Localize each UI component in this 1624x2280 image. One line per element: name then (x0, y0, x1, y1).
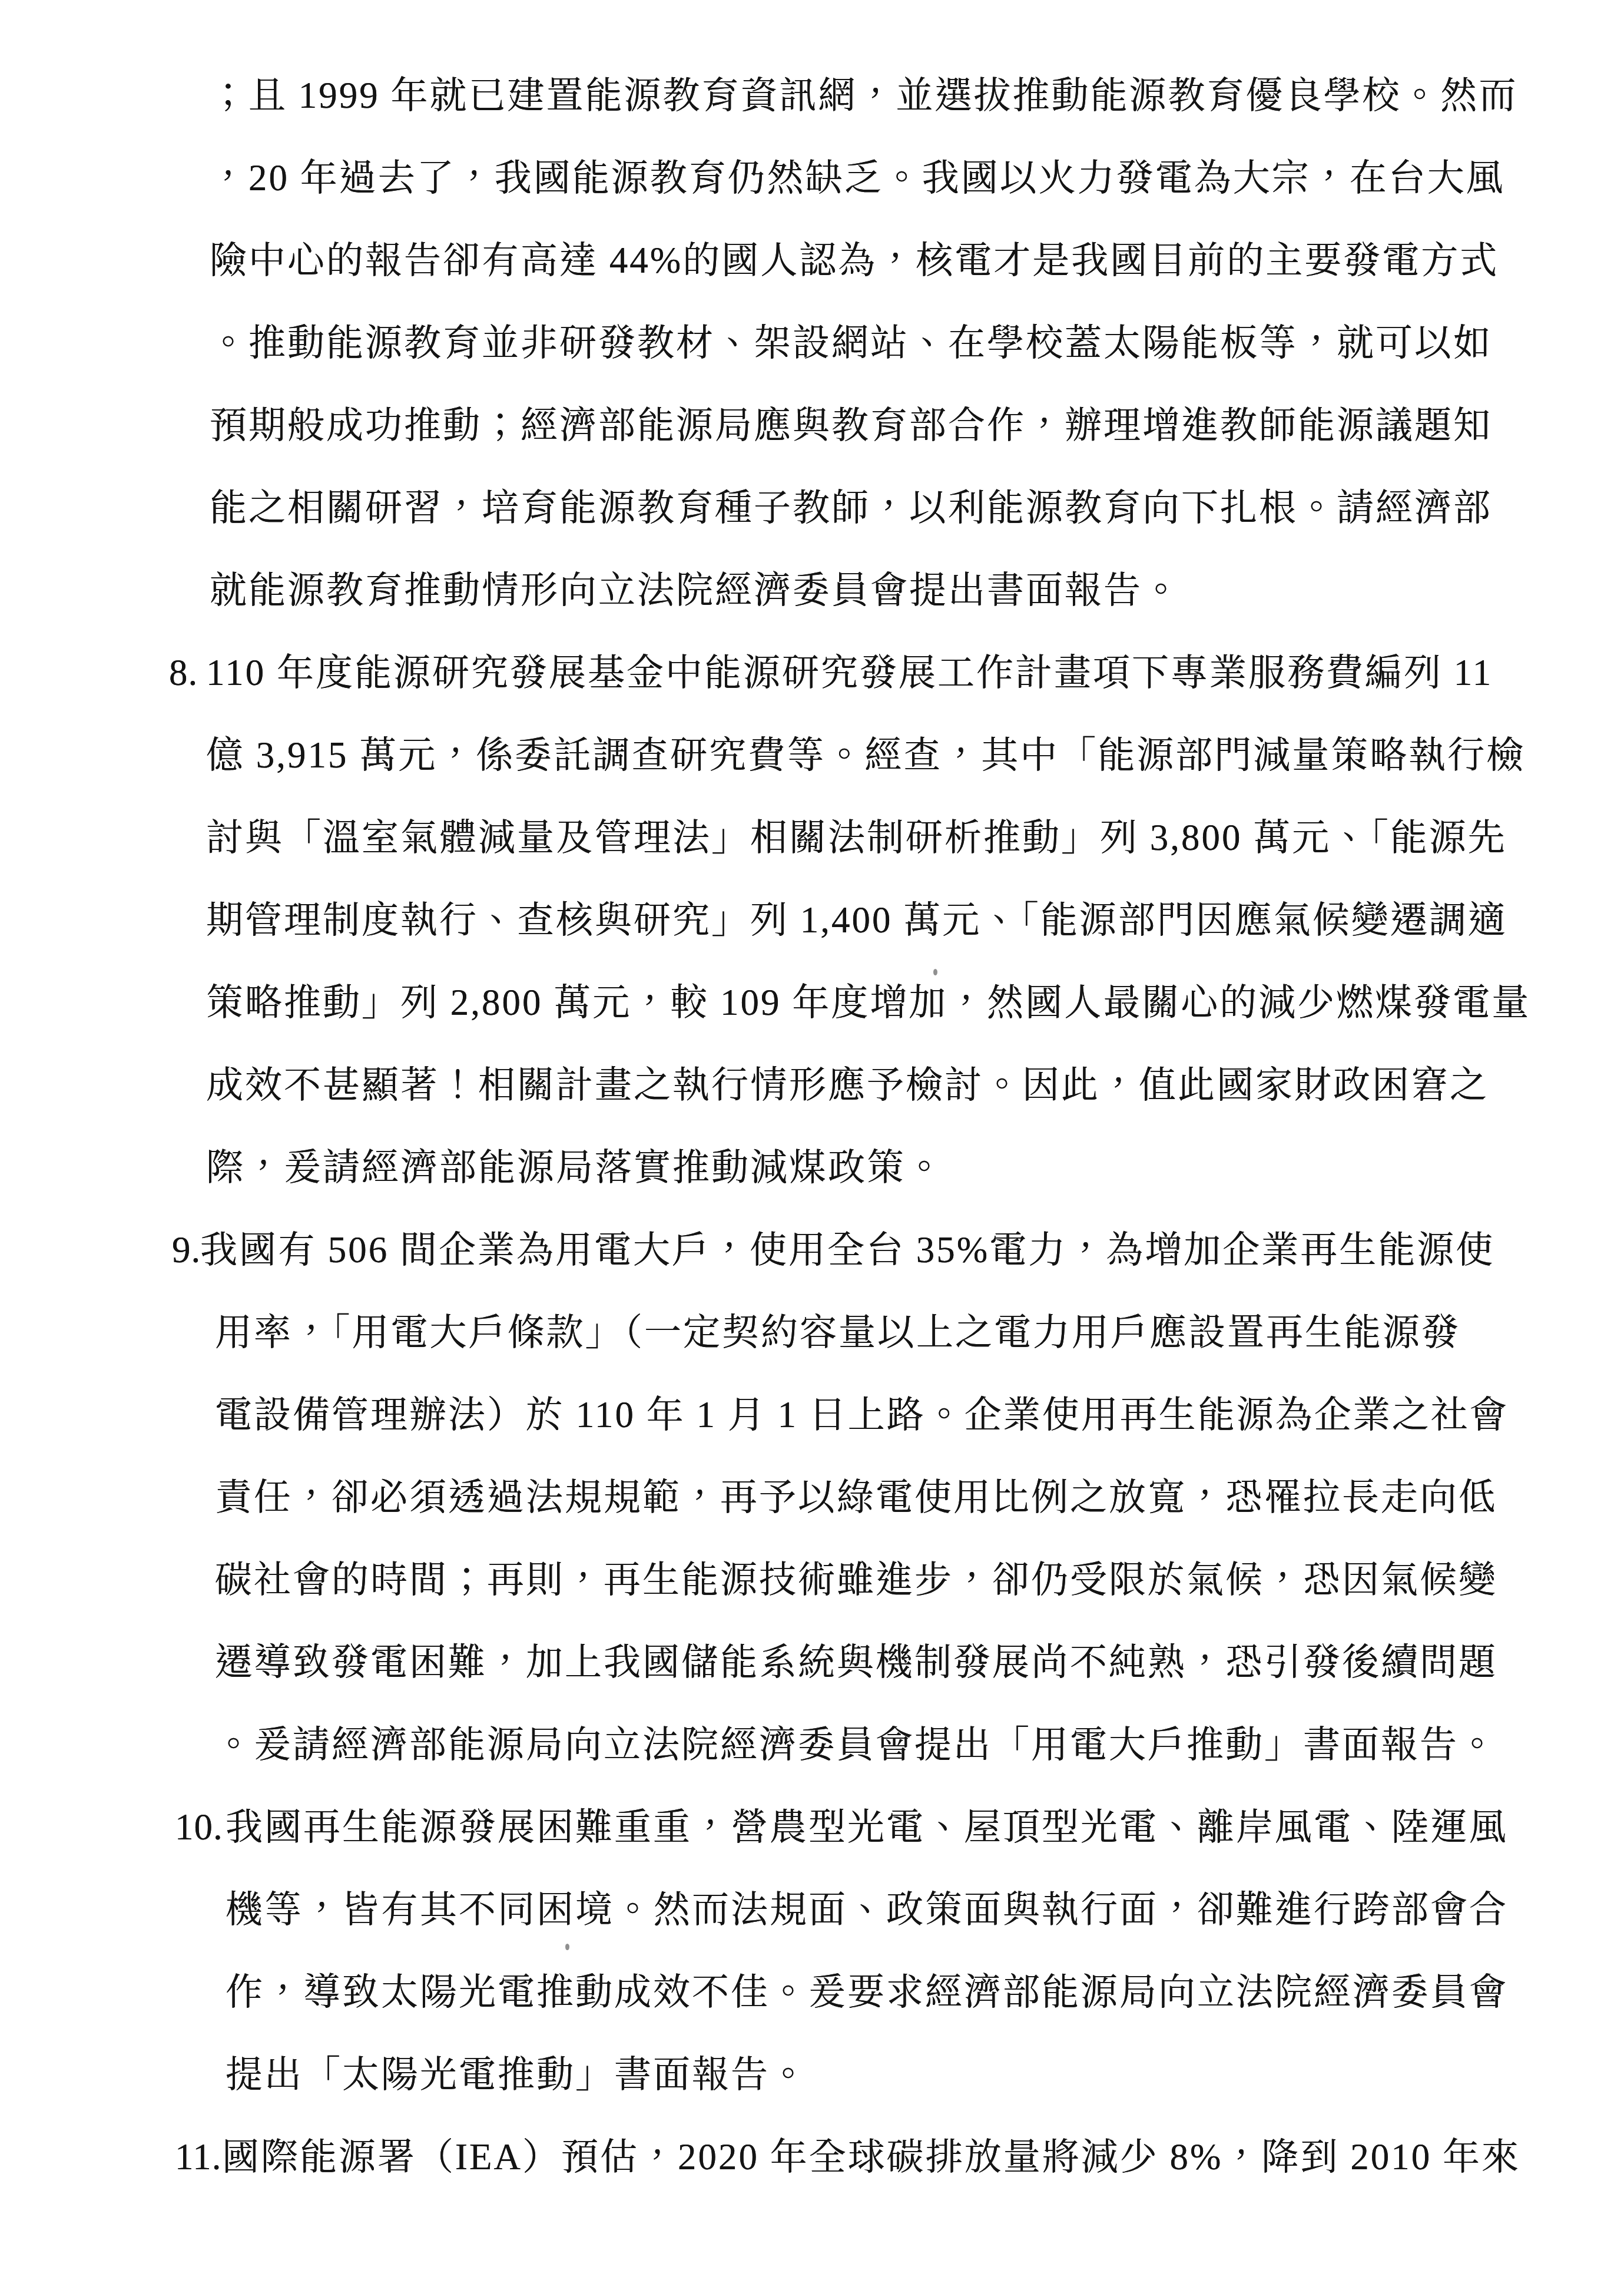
text-line: 億 3,915 萬元，係委託調查研究費等。經查，其中「能源部門減量策略執行檢 (0, 714, 1624, 796)
line-text: 用率，「用電大戶條款」（一定契約容量以上之電力用戶應設置再生能源發 (215, 1291, 1460, 1374)
text-line: 8.110 年度能源研究發展基金中能源研究發展工作計畫項下專業服務費編列 11 (0, 631, 1624, 714)
text-line: 討與「溫室氣體減量及管理法」相關法制研析推動」列 3,800 萬元、「能源先 (0, 796, 1624, 879)
text-line: 能之相關研習，培育能源教育種子教師，以利能源教育向下扎根。請經濟部 (0, 466, 1624, 549)
text-line: 11.國際能源署（IEA）預估，2020 年全球碳排放量將減少 8%，降到 20… (0, 2116, 1624, 2198)
text-line: 預期般成功推動；經濟部能源局應與教育部合作，辦理增進教師能源議題知 (0, 384, 1624, 466)
line-text: 提出「太陽光電推動」書面報告。 (226, 2033, 808, 2116)
text-line: 機等，皆有其不同困境。然而法規面、政策面與執行面，卻難進行跨部會合 (0, 1868, 1624, 1951)
line-text: 遷導致發電困難，加上我國儲能系統與機制發展尚不純熟，恐引發後續問題 (215, 1621, 1497, 1703)
text-line: 期管理制度執行、查核與研究」列 1,400 萬元、「能源部門因應氣候變遷調適 (0, 879, 1624, 961)
text-line: 提出「太陽光電推動」書面報告。 (0, 2033, 1624, 2116)
line-text: 機等，皆有其不同困境。然而法規面、政策面與執行面，卻難進行跨部會合 (226, 1868, 1508, 1951)
text-line: 險中心的報告卻有高達 44%的國人認為，核電才是我國目前的主要發電方式 (0, 219, 1624, 302)
line-text: 能之相關研習，培育能源教育種子教師，以利能源教育向下扎根。請經濟部 (210, 466, 1492, 549)
line-text: 碳社會的時間；再則，再生能源技術雖進步，卻仍受限於氣候，恐因氣候變 (215, 1538, 1497, 1621)
text-line: 就能源教育推動情形向立法院經濟委員會提出書面報告。 (0, 549, 1624, 631)
text-line: 作，導致太陽光電推動成效不佳。爰要求經濟部能源局向立法院經濟委員會 (0, 1951, 1624, 2033)
line-text: 期管理制度執行、查核與研究」列 1,400 萬元、「能源部門因應氣候變遷調適 (206, 879, 1507, 961)
text-line: 電設備管理辦法）於 110 年 1 月 1 日上路。企業使用再生能源為企業之社會 (0, 1374, 1624, 1456)
line-text: 就能源教育推動情形向立法院經濟委員會提出書面報告。 (210, 549, 1181, 631)
line-text: 預期般成功推動；經濟部能源局應與教育部合作，辦理增進教師能源議題知 (210, 384, 1492, 466)
text-line: 10.我國再生能源發展困難重重，營農型光電、屋頂型光電、離岸風電、陸運風 (0, 1786, 1624, 1868)
scan-speck (933, 969, 937, 975)
document-page: ；且 1999 年就已建置能源教育資訊網，並選拔推動能源教育優良學校。然而，20… (0, 0, 1624, 2280)
text-line: 策略推動」列 2,800 萬元，較 109 年度增加，然國人最關心的減少燃煤發電… (0, 961, 1624, 1044)
text-line: 9.我國有 506 間企業為用電大戶，使用全台 35%電力，為增加企業再生能源使 (0, 1209, 1624, 1291)
text-line: 際，爰請經濟部能源局落實推動減煤政策。 (0, 1126, 1624, 1209)
list-item-number: 9. (172, 1209, 201, 1291)
text-line: 責任，卻必須透過法規規範，再予以綠電使用比例之放寬，恐罹拉長走向低 (0, 1456, 1624, 1538)
list-item-number: 8. (169, 631, 198, 714)
line-text: 我國再生能源發展困難重重，營農型光電、屋頂型光電、離岸風電、陸運風 (226, 1786, 1508, 1868)
text-line: ，20 年過去了，我國能源教育仍然缺乏。我國以火力發電為大宗，在台大風 (0, 137, 1624, 219)
line-text: 責任，卻必須透過法規規範，再予以綠電使用比例之放寬，恐罹拉長走向低 (215, 1456, 1497, 1538)
line-text: 我國有 506 間企業為用電大戶，使用全台 35%電力，為增加企業再生能源使 (200, 1209, 1494, 1291)
text-line: 用率，「用電大戶條款」（一定契約容量以上之電力用戶應設置再生能源發 (0, 1291, 1624, 1374)
line-text: 作，導致太陽光電推動成效不佳。爰要求經濟部能源局向立法院經濟委員會 (226, 1951, 1508, 2033)
line-text: 討與「溫室氣體減量及管理法」相關法制研析推動」列 3,800 萬元、「能源先 (206, 796, 1507, 879)
list-item-number: 10. (175, 1786, 223, 1868)
line-text: 110 年度能源研究發展基金中能源研究發展工作計畫項下專業服務費編列 11 (206, 631, 1493, 714)
text-line: 成效不甚顯著！相關計畫之執行情形應予檢討。因此，值此國家財政困窘之 (0, 1044, 1624, 1126)
scan-speck (565, 1944, 569, 1950)
text-line: ；且 1999 年就已建置能源教育資訊網，並選拔推動能源教育優良學校。然而 (0, 54, 1624, 137)
line-text: ，20 年過去了，我國能源教育仍然缺乏。我國以火力發電為大宗，在台大風 (210, 137, 1505, 219)
text-line: 。爰請經濟部能源局向立法院經濟委員會提出「用電大戶推動」書面報告。 (0, 1703, 1624, 1786)
line-text: 。爰請經濟部能源局向立法院經濟委員會提出「用電大戶推動」書面報告。 (215, 1703, 1497, 1786)
line-text: 億 3,915 萬元，係委託調查研究費等。經查，其中「能源部門減量策略執行檢 (206, 714, 1525, 796)
line-text: 策略推動」列 2,800 萬元，較 109 年度增加，然國人最關心的減少燃煤發電… (206, 961, 1530, 1044)
line-text: 電設備管理辦法）於 110 年 1 月 1 日上路。企業使用再生能源為企業之社會 (215, 1374, 1509, 1456)
text-line: 。推動能源教育並非研發教材、架設網站、在學校蓋太陽能板等，就可以如 (0, 302, 1624, 384)
line-text: 成效不甚顯著！相關計畫之執行情形應予檢討。因此，值此國家財政困窘之 (206, 1044, 1489, 1126)
text-line: 遷導致發電困難，加上我國儲能系統與機制發展尚不純熟，恐引發後續問題 (0, 1621, 1624, 1703)
line-text: 。推動能源教育並非研發教材、架設網站、在學校蓋太陽能板等，就可以如 (210, 302, 1492, 384)
list-item-number: 11. (175, 2116, 221, 2198)
line-text: 際，爰請經濟部能源局落實推動減煤政策。 (206, 1126, 944, 1209)
text-line: 碳社會的時間；再則，再生能源技術雖進步，卻仍受限於氣候，恐因氣候變 (0, 1538, 1624, 1621)
line-text: 險中心的報告卻有高達 44%的國人認為，核電才是我國目前的主要發電方式 (210, 219, 1499, 302)
line-text: ；且 1999 年就已建置能源教育資訊網，並選拔推動能源教育優良學校。然而 (210, 54, 1518, 137)
line-text: 國際能源署（IEA）預估，2020 年全球碳排放量將減少 8%，降到 2010 … (222, 2116, 1520, 2198)
